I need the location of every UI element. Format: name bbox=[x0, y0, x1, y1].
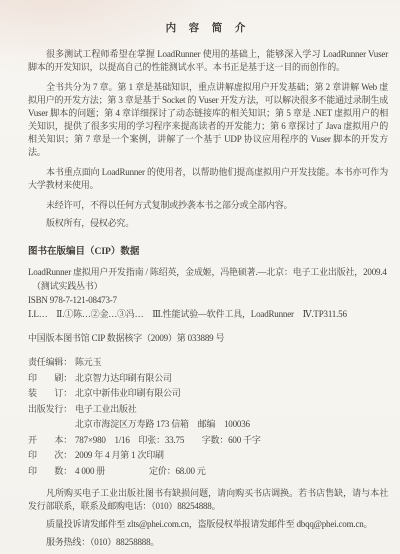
credit-value: 787×980 1/16 印张：33.75 字数：600 千字 bbox=[75, 435, 261, 445]
credit-label: 印 次： bbox=[28, 448, 75, 464]
credit-value: 北京中新伟业印刷有限公司 bbox=[75, 388, 181, 398]
credit-label: 责任编辑： bbox=[28, 355, 75, 371]
credit-value: 北京智力达印刷有限公司 bbox=[75, 373, 172, 383]
credit-label: 印 刷： bbox=[28, 371, 75, 387]
page-content: 内 容 简 介 很多测试工程师希望在掌握 LoadRunner 使用的基础上，能… bbox=[28, 20, 388, 549]
credit-row-publisher: 出版发行：电子工业出版社 bbox=[28, 402, 388, 418]
cip-series-line: （测试实践丛书） bbox=[28, 279, 388, 293]
intro-paragraph: 本书重点面向 LoadRunner 的使用者，以帮助他们提高虚拟用户开发技能。本… bbox=[28, 166, 388, 192]
cip-isbn-line: ISBN 978-7-121-08473-7 bbox=[28, 293, 388, 307]
credit-row-format: 开 本：787×980 1/16 印张：33.75 字数：600 千字 bbox=[28, 433, 388, 449]
complaint-email-notice: 质量投诉请发邮件至 zlts@phei.com.cn，盗版侵权举报请发邮件至 d… bbox=[28, 518, 388, 531]
cip-classification-line: Ⅰ.L… Ⅱ.①陈…②金…③冯… Ⅲ.性能试验—软件工具，LoadRunner … bbox=[28, 307, 388, 321]
cip-registry-line: 中国版本图书馆 CIP 数据核字（2009）第 033889 号 bbox=[28, 331, 388, 344]
cip-title-line: LoadRunner 虚拟用户开发指南 / 陈绍英，金成姬，冯艳硕著.—北京：电… bbox=[28, 265, 388, 279]
credit-row-editor: 责任编辑：陈元玉 bbox=[28, 355, 388, 371]
intro-paragraph: 很多测试工程师希望在掌握 LoadRunner 使用的基础上，能够深入学习 Lo… bbox=[28, 48, 388, 74]
credit-value: 2009 年 4 月第 1 次印刷 bbox=[75, 450, 164, 460]
credit-value: 4 000 册 定价：68.00 元 bbox=[75, 466, 206, 476]
credit-row-copies-price: 印 数：4 000 册 定价：68.00 元 bbox=[28, 464, 388, 480]
permission-notice: 未经许可，不得以任何方式复制或抄袭本书之部分或全部内容。 bbox=[28, 199, 388, 212]
copyright-notice: 版权所有，侵权必究。 bbox=[28, 217, 388, 230]
credit-label: 开 本： bbox=[28, 433, 75, 449]
credit-value: 电子工业出版社 bbox=[75, 404, 137, 414]
page-title: 内 容 简 介 bbox=[28, 20, 388, 35]
intro-paragraph: 全书共分为 7 章。第 1 章是基础知识，重点讲解虚拟用户开发基础；第 2 章讲… bbox=[28, 81, 388, 159]
imprint-section: 责任编辑：陈元玉 印 刷：北京智力达印刷有限公司 装 订：北京中新伟业印刷有限公… bbox=[28, 355, 388, 479]
service-hotline: 服务热线：（010）88258888。 bbox=[28, 536, 388, 549]
credit-label: 印 数： bbox=[28, 464, 75, 480]
credit-row-binder: 装 订：北京中新伟业印刷有限公司 bbox=[28, 386, 388, 402]
service-notes-section: 凡所购买电子工业出版社图书有缺损问题，请向购买书店调换。若书店售缺，请与本社发行… bbox=[28, 487, 388, 549]
exchange-notice: 凡所购买电子工业出版社图书有缺损问题，请向购买书店调换。若书店售缺，请与本社发行… bbox=[28, 487, 388, 513]
credit-row-address: 北京市海淀区万寿路 173 信箱 邮编 100036 bbox=[28, 417, 388, 433]
credit-label: 装 订： bbox=[28, 386, 75, 402]
book-copyright-page: 内 容 简 介 很多测试工程师希望在掌握 LoadRunner 使用的基础上，能… bbox=[0, 0, 400, 554]
intro-section: 很多测试工程师希望在掌握 LoadRunner 使用的基础上，能够深入学习 Lo… bbox=[28, 48, 388, 230]
credit-value: 陈元玉 bbox=[75, 357, 101, 367]
cip-section: 图书在版编目（CIP）数据 LoadRunner 虚拟用户开发指南 / 陈绍英，… bbox=[28, 243, 388, 344]
credit-label: 出版发行： bbox=[28, 402, 75, 418]
credit-value: 北京市海淀区万寿路 173 信箱 邮编 100036 bbox=[75, 419, 250, 429]
credit-row-print-run-date: 印 次：2009 年 4 月第 1 次印刷 bbox=[28, 448, 388, 464]
cip-heading: 图书在版编目（CIP）数据 bbox=[28, 243, 388, 257]
credit-row-printer: 印 刷：北京智力达印刷有限公司 bbox=[28, 371, 388, 387]
